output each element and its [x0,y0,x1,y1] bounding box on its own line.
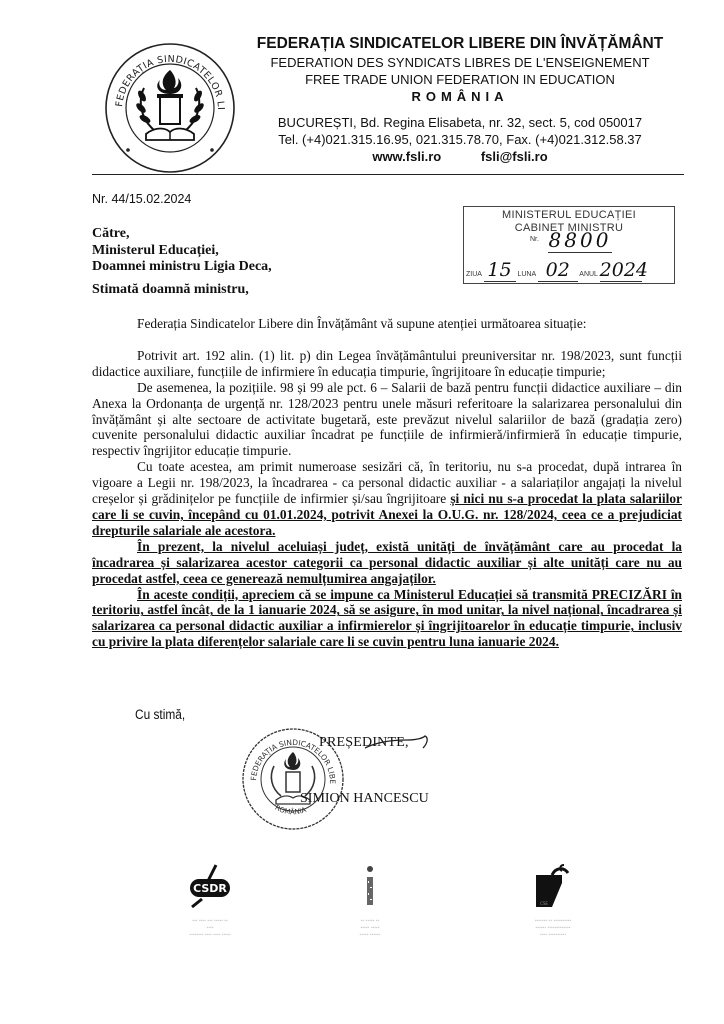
csdr-logo-icon: CSDR [180,863,240,909]
stamp-year-label: ANUL [579,271,597,278]
phones: Tel. (+4)021.315.16.95, 021.315.78.70, F… [240,131,680,148]
registration-stamp: MINISTERUL EDUCAȚIEI CABINET MINISTRU Nr… [463,206,675,284]
body-paragraph-emphasis: În aceste condiții, apreciem că se impun… [92,587,682,651]
recipient-line: Ministerul Educației, [92,243,272,260]
website-link[interactable]: www.fsli.ro [372,148,441,166]
handwritten-signature-icon [363,734,433,754]
body-paragraph: Potrivit art. 192 alin. (1) lit. p) din … [92,348,682,380]
stamp-month-label: LUNA [517,271,535,278]
org-name-fr: FEDERATION DES SYNDICATS LIBRES DE L'ENS… [240,54,680,71]
footer-logo-csdr: CSDR ▪▪▪ ▪▪▪▪ ▪▪▪ ▪▪▪▪▪ ▪▪▪▪▪▪▪▪▪▪▪▪▪▪ ▪… [150,863,270,939]
signatory-name: SIMION HANCESCU [300,791,429,807]
body-paragraph: De asemenea, la pozițiile. 98 și 99 ale … [92,380,682,460]
svg-text:FEDERAȚIA SINDICATELOR LIBERE: FEDERAȚIA SINDICATELOR LIBERE DIN ÎNVĂȚĂ… [100,40,226,111]
stamp-day-value: 15 [484,259,516,282]
salutation: Stimată doamnă ministru, [92,282,249,298]
footer-logo-international: CSE ▪▪▪▪▪▪▪ ▪▪ ▪▪▪▪▪▪▪▪▪▪▪▪▪▪▪▪ ▪▪▪▪▪▪▪▪… [478,863,628,939]
country: ROMÂNIA [240,88,680,106]
body-paragraph: Cu toate acestea, am primit numeroase se… [92,459,682,539]
stamp-month-value: 02 [538,259,578,282]
footer-logo-ei: ▪▪ ▪▪▪▪▪ ▪▪▪▪▪▪▪ ▪▪▪▪▪▪▪▪▪▪ ▪▪▪▪▪▪ [320,863,420,939]
stamp-ministry: MINISTERUL EDUCAȚIEI [464,209,674,222]
svg-text:CSDR: CSDR [193,882,227,895]
header-divider [92,174,684,175]
body-paragraph-emphasis: În prezent, la nivelul aceluiași județ, … [92,539,682,587]
letter-body: Federația Sindicatelor Libere din Învăță… [92,316,682,650]
address: BUCUREȘTI, Bd. Regina Elisabeta, nr. 32,… [240,114,680,131]
footer-caption: ▪▪▪ ▪▪▪▪ ▪▪▪ ▪▪▪▪▪ ▪▪▪▪▪▪▪▪▪▪▪▪▪▪ ▪▪▪▪ ▪… [150,918,270,939]
education-international-logo-icon: CSE [528,863,578,909]
stamp-nr-value: 8800 [548,228,612,253]
document-reference: Nr. 44/15.02.2024 [92,192,191,206]
intro-paragraph: Federația Sindicatelor Libere din Învăță… [92,316,682,332]
union-seal-icon: FEDERAȚIA SINDICATELOR LIBERE DIN ÎNVĂȚĂ… [100,40,240,176]
svg-text:CSE: CSE [540,901,548,906]
footer-caption: ▪▪ ▪▪▪▪▪ ▪▪▪▪▪▪▪ ▪▪▪▪▪▪▪▪▪▪ ▪▪▪▪▪▪ [320,918,420,939]
ei-logo-icon [360,863,380,909]
closing: Cu stimă, [135,707,185,722]
recipient-line: Către, [92,226,272,243]
stamp-day-label: ZIUA [466,271,482,278]
recipient-block: Către, Ministerul Educației, Doamnei min… [92,226,272,276]
org-name-ro: FEDERAȚIA SINDICATELOR LIBERE DIN ÎNVĂȚĂ… [240,34,680,54]
stamp-nr-label: Nr. [530,236,539,243]
org-name-en: FREE TRADE UNION FEDERATION IN EDUCATION [240,71,680,88]
email-link[interactable]: fsli@fsli.ro [481,148,548,166]
footer-caption: ▪▪▪▪▪▪▪ ▪▪ ▪▪▪▪▪▪▪▪▪▪▪▪▪▪▪▪ ▪▪▪▪▪▪▪▪▪▪▪▪… [478,918,628,939]
letterhead: FEDERAȚIA SINDICATELOR LIBERE DIN ÎNVĂȚĂ… [240,34,680,166]
recipient-line: Doamnei ministru Ligia Deca, [92,259,272,276]
stamp-year-value: 2024 [600,259,642,282]
